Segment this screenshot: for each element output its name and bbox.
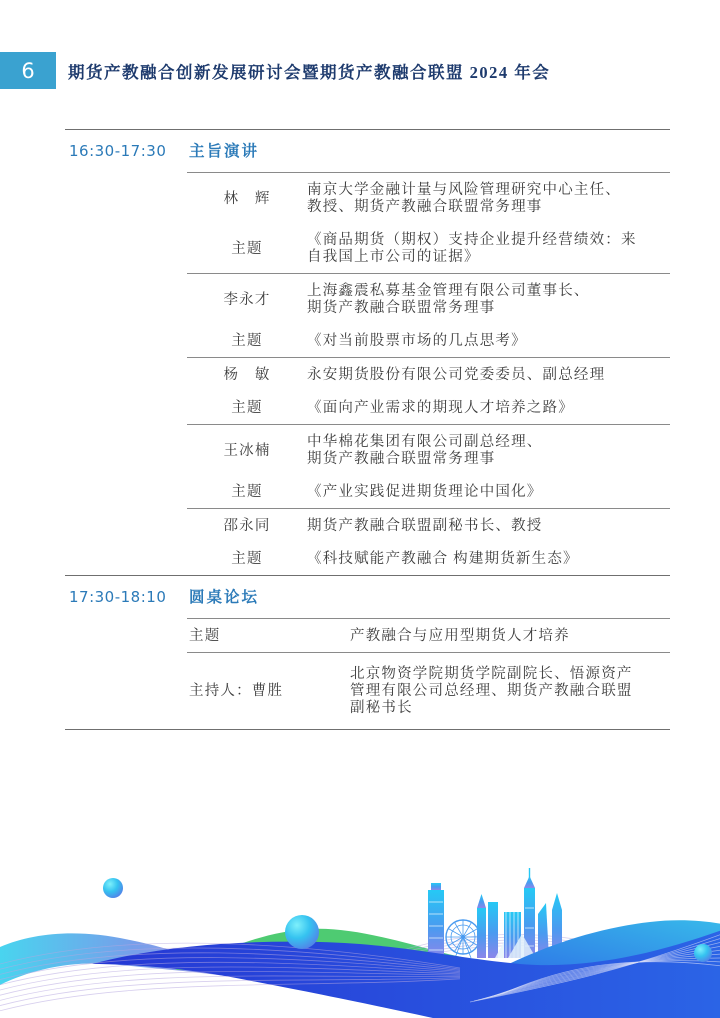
schedule-row: 主题《对当前股票市场的几点思考》: [187, 324, 670, 357]
office-tower-icon: [428, 883, 444, 958]
section-header-row: 16:30-17:30主旨演讲: [65, 130, 670, 173]
row-description: 永安期货股份有限公司党委委员、副总经理: [307, 367, 670, 384]
row-label: 主题: [187, 241, 307, 258]
row-description: 《商品期货（期权）支持企业提升经营绩效：来 自我国上市公司的证据》: [307, 232, 670, 266]
schedule-row: 主题《产业实践促进期货理论中国化》: [187, 475, 670, 508]
schedule-row: 王冰楠中华棉花集团有限公司副总经理、 期货产教融合联盟常务理事: [187, 425, 670, 475]
session-title-cell: 主旨演讲: [187, 130, 670, 173]
row-label: 主题: [187, 484, 307, 501]
session-title: 主旨演讲: [189, 143, 670, 160]
row-label: 王冰楠: [187, 443, 307, 460]
page-number: 6: [21, 59, 34, 83]
schedule-table: 16:30-17:30主旨演讲林 辉南京大学金融计量与风险管理研究中心主任、 教…: [65, 129, 670, 730]
schedule-row: 杨 敏永安期货股份有限公司党委委员、副总经理: [187, 358, 670, 391]
schedule-row: 邵永同期货产教融合联盟副秘书长、教授: [187, 509, 670, 542]
session-title-cell: 圆桌论坛: [187, 576, 670, 619]
section-bottom-rule: [65, 729, 670, 730]
schedule-section-1: 16:30-17:30主旨演讲林 辉南京大学金融计量与风险管理研究中心主任、 教…: [65, 130, 670, 575]
schedule-row: 李永才上海鑫震私募基金管理有限公司董事长、 期货产教融合联盟常务理事: [187, 274, 670, 324]
session-time: 16:30-17:30: [65, 130, 187, 173]
row-description: 《产业实践促进期货理论中国化》: [307, 484, 670, 501]
schedule-row: 林 辉南京大学金融计量与风险管理研究中心主任、 教授、期货产教融合联盟常务理事: [187, 173, 670, 223]
section-body: 林 辉南京大学金融计量与风险管理研究中心主任、 教授、期货产教融合联盟常务理事主…: [187, 173, 670, 575]
schedule-row: 主题《科技赋能产教融合 构建期货新生态》: [187, 542, 670, 575]
tower-icon: [488, 902, 498, 958]
row-description: 《面向产业需求的期现人才培养之路》: [307, 400, 670, 417]
row-label: 杨 敏: [187, 367, 307, 384]
sphere-decoration: [103, 878, 123, 898]
city-skyline: [428, 868, 562, 958]
sphere-decoration: [694, 944, 712, 962]
row-label: 主题: [187, 333, 307, 350]
row-label: 林 辉: [187, 191, 307, 208]
sphere-decoration: [285, 915, 319, 949]
spire-building-icon: [477, 894, 486, 958]
row-label: 主持人：曹胜: [187, 683, 350, 700]
schedule-row: 主持人：曹胜北京物资学院期货学院副院长、悟源资产 管理有限公司总经理、期货产教融…: [187, 653, 670, 729]
ferris-wheel-icon: [446, 920, 480, 958]
row-description: 北京物资学院期货学院副院长、悟源资产 管理有限公司总经理、期货产教融合联盟 副秘…: [350, 666, 670, 717]
schedule-row: 主题《商品期货（期权）支持企业提升经营绩效：来 自我国上市公司的证据》: [187, 223, 670, 273]
row-label: 主题: [187, 551, 307, 568]
row-description: 期货产教融合联盟副秘书长、教授: [307, 518, 670, 535]
session-title: 圆桌论坛: [189, 589, 670, 606]
row-label: 邵永同: [187, 518, 307, 535]
row-label: 主题: [187, 400, 307, 417]
schedule-row: 主题产教融合与应用型期货人才培养: [187, 619, 670, 652]
row-description: 《科技赋能产教融合 构建期货新生态》: [307, 551, 670, 568]
row-description: 产教融合与应用型期货人才培养: [350, 628, 670, 645]
document-title: 期货产教融合创新发展研讨会暨期货产教融合联盟 2024 年会: [68, 59, 550, 83]
row-label: 李永才: [187, 292, 307, 309]
session-time: 17:30-18:10: [65, 576, 187, 619]
row-description: 上海鑫震私募基金管理有限公司董事长、 期货产教融合联盟常务理事: [307, 283, 670, 317]
row-description: 南京大学金融计量与风险管理研究中心主任、 教授、期货产教融合联盟常务理事: [307, 182, 670, 216]
bottom-wave-decoration: [0, 818, 720, 1018]
schedule-row: 主题《面向产业需求的期现人才培养之路》: [187, 391, 670, 424]
row-label: 主题: [187, 628, 350, 645]
section-header-row: 17:30-18:10圆桌论坛: [65, 576, 670, 619]
section-body: 主题产教融合与应用型期货人才培养主持人：曹胜北京物资学院期货学院副院长、悟源资产…: [187, 619, 670, 729]
row-description: 《对当前股票市场的几点思考》: [307, 333, 670, 350]
page-number-badge: 6: [0, 52, 56, 89]
schedule-section-2: 17:30-18:10圆桌论坛主题产教融合与应用型期货人才培养主持人：曹胜北京物…: [65, 576, 670, 729]
row-description: 中华棉花集团有限公司副总经理、 期货产教融合联盟常务理事: [307, 434, 670, 468]
